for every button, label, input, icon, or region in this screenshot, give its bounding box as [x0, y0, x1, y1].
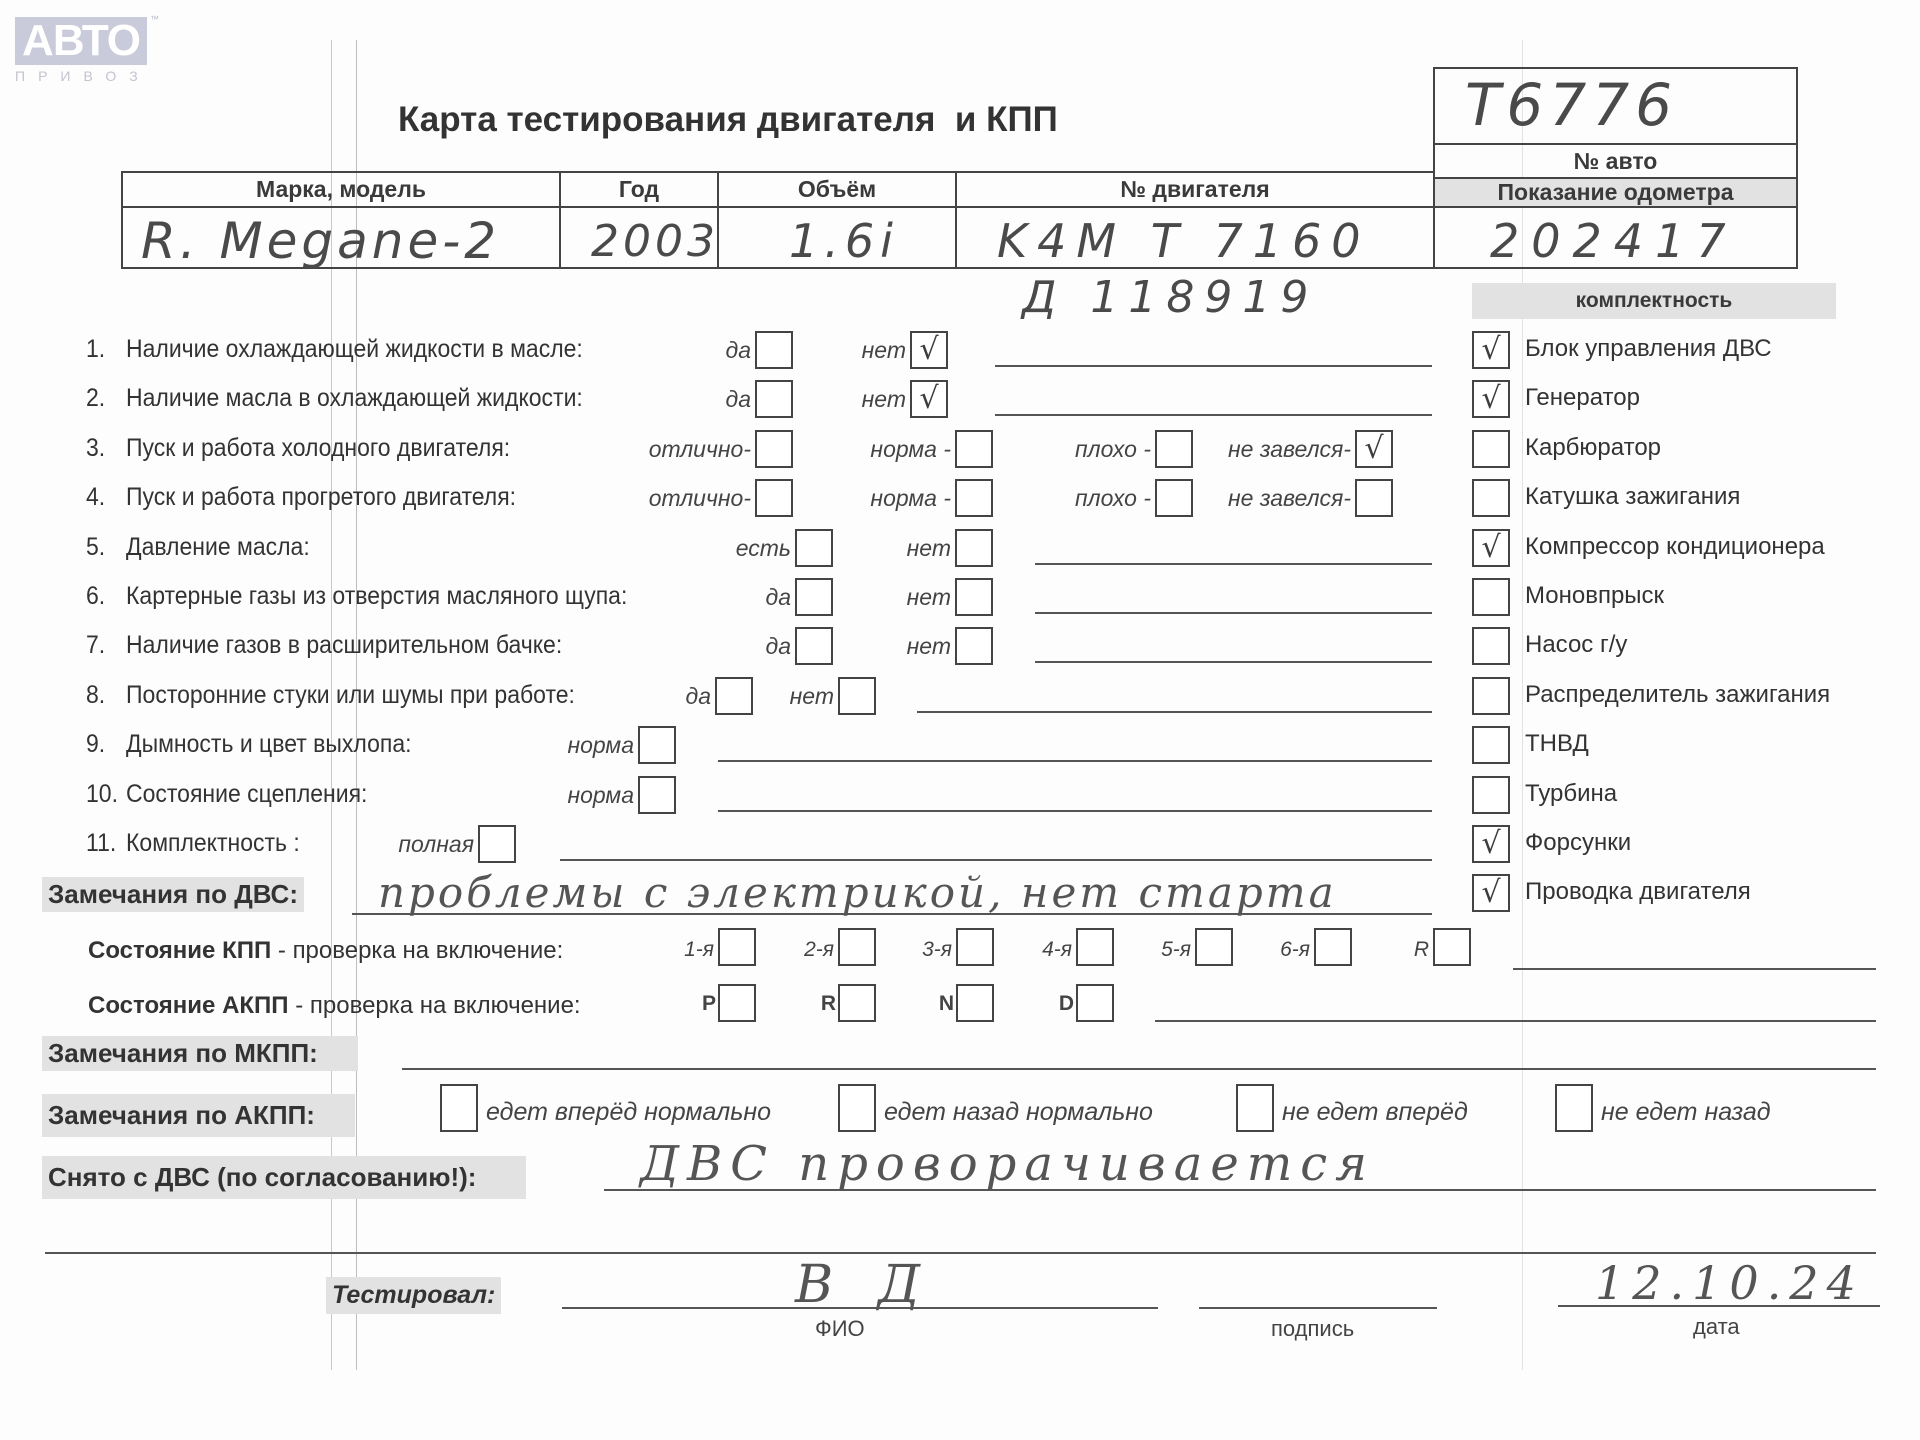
option-checkbox[interactable]	[1355, 479, 1393, 517]
auto-gearbox-label: Состояние АКПП - проверка на включение:	[88, 992, 581, 1020]
kit-item-label: Генератор	[1525, 384, 1640, 412]
option-checkbox[interactable]: √	[910, 380, 948, 418]
gear-label: 2-я	[804, 938, 834, 962]
manual-gearbox-label: Состояние КПП - проверка на включение:	[88, 937, 563, 965]
gear-checkbox[interactable]	[718, 984, 756, 1022]
row-number: 2.	[86, 384, 105, 413]
row-number: 4.	[86, 483, 105, 512]
row-label: Наличие газов в расширительном бачке:	[126, 631, 562, 660]
removed-label: Снято с ДВС (по согласованию!):	[42, 1156, 526, 1199]
header-engine-no: № двигателя	[955, 171, 1435, 208]
option-label: норма	[567, 732, 634, 759]
row-number: 7.	[86, 631, 105, 660]
option-label: да	[685, 683, 711, 710]
row-label: Пуск и работа холодного двигателя:	[126, 434, 510, 463]
akpp-remarks-label: Замечания по АКПП:	[42, 1094, 355, 1137]
option-checkbox[interactable]	[955, 627, 993, 665]
engine-remarks-label: Замечания по ДВС:	[42, 877, 304, 912]
kit-checkbox[interactable]: √	[1472, 825, 1510, 863]
row-comment-line[interactable]	[995, 414, 1432, 416]
gear-label: 1-я	[684, 938, 714, 962]
option-label: отлично-	[649, 485, 751, 512]
row-number: 11.	[86, 829, 116, 858]
akpp-option-checkbox[interactable]	[1236, 1084, 1274, 1132]
tested-by-label: Тестировал:	[326, 1277, 501, 1314]
value-odometer: 202417	[1433, 206, 1798, 269]
option-label: нет	[907, 584, 951, 611]
mkpp-remarks-line[interactable]	[402, 1068, 1876, 1070]
option-checkbox[interactable]	[638, 726, 676, 764]
kit-item-label: Компрессор кондиционера	[1525, 533, 1825, 561]
kit-item-label: Блок управления ДВС	[1525, 335, 1772, 363]
row-comment-line[interactable]	[718, 760, 1432, 762]
kit-checkbox[interactable]	[1472, 430, 1510, 468]
option-label: да	[725, 386, 751, 413]
name-caption: ФИО	[815, 1316, 865, 1342]
option-checkbox[interactable]	[478, 825, 516, 863]
option-label: норма	[567, 782, 634, 809]
option-label: да	[765, 633, 791, 660]
kit-item-label: Карбюратор	[1525, 434, 1661, 462]
option-checkbox[interactable]	[1155, 479, 1193, 517]
car-number-value[interactable]: T6776	[1465, 71, 1678, 139]
date-caption: дата	[1693, 1314, 1740, 1340]
row-number: 3.	[86, 434, 105, 463]
option-label: плохо -	[1075, 436, 1151, 463]
option-checkbox[interactable]	[755, 380, 793, 418]
gear-label: P	[702, 992, 716, 1016]
option-checkbox[interactable]	[755, 331, 793, 369]
row-number: 8.	[86, 681, 105, 710]
gear-label: 6-я	[1280, 938, 1310, 962]
option-checkbox[interactable]: √	[910, 331, 948, 369]
option-label: да	[725, 337, 751, 364]
gear-checkbox[interactable]	[1076, 928, 1114, 966]
option-checkbox[interactable]	[795, 627, 833, 665]
row-comment-line[interactable]	[718, 810, 1432, 812]
gear-label: R	[821, 992, 836, 1016]
auto-gearbox-line	[1155, 1020, 1876, 1022]
row-label: Комплектность :	[126, 829, 300, 858]
option-label: нет	[907, 535, 951, 562]
gear-checkbox[interactable]	[1314, 928, 1352, 966]
akpp-option-checkbox[interactable]	[838, 1084, 876, 1132]
row-number: 5.	[86, 533, 105, 562]
kit-checkbox[interactable]	[1472, 677, 1510, 715]
value-engine-no: K4M T 7160	[955, 206, 1435, 269]
row-label: Картерные газы из отверстия масляного щу…	[126, 582, 627, 611]
option-label: норма -	[870, 436, 951, 463]
option-checkbox[interactable]	[755, 430, 793, 468]
kit-item-label: ТНВД	[1525, 730, 1589, 758]
option-label: нет	[790, 683, 834, 710]
option-checkbox[interactable]	[755, 479, 793, 517]
kit-item-label: Катушка зажигания	[1525, 483, 1740, 511]
akpp-option-label: не едет назад	[1601, 1098, 1771, 1127]
option-label: не завелся-	[1228, 436, 1351, 463]
car-number-box: T6776	[1433, 67, 1798, 145]
gear-checkbox[interactable]	[718, 928, 756, 966]
manual-gearbox-line	[1513, 968, 1876, 970]
option-label: норма -	[870, 485, 951, 512]
option-label: плохо -	[1075, 485, 1151, 512]
row-number: 1.	[86, 335, 105, 364]
row-comment-line[interactable]	[1035, 661, 1432, 663]
row-label: Наличие масла в охлаждающей жидкости:	[126, 384, 583, 413]
kit-checkbox[interactable]: √	[1472, 331, 1510, 369]
option-checkbox[interactable]	[955, 529, 993, 567]
signature-caption: подпись	[1271, 1316, 1354, 1342]
mkpp-remarks-label: Замечания по МКПП:	[42, 1036, 358, 1071]
page-title: Карта тестирования двигателя и КПП	[398, 100, 1058, 140]
row-label: Состояние сцепления:	[126, 780, 367, 809]
kit-checkbox[interactable]	[1472, 726, 1510, 764]
row-label: Дымность и цвет выхлопа:	[126, 730, 412, 759]
option-label: полная	[398, 831, 474, 858]
kit-checkbox[interactable]	[1472, 479, 1510, 517]
kit-checkbox[interactable]: √	[1472, 380, 1510, 418]
removed-value[interactable]: ДВС проворачивается	[640, 1136, 1375, 1192]
kit-checkbox[interactable]	[1472, 578, 1510, 616]
logo-tm: ™	[150, 14, 159, 24]
gear-checkbox[interactable]	[956, 984, 994, 1022]
header-year: Год	[559, 171, 719, 208]
akpp-option-checkbox[interactable]	[1555, 1084, 1593, 1132]
date-value[interactable]: 12.10.24	[1595, 1256, 1864, 1310]
row-number: 6.	[86, 582, 105, 611]
engine-extra-note: Д 118919	[1022, 272, 1318, 323]
row-comment-line[interactable]	[917, 711, 1432, 713]
logo-subtitle: ПРИВОЗ	[15, 68, 151, 84]
gear-label: 4-я	[1042, 938, 1072, 962]
separator-line	[45, 1252, 1876, 1254]
row-comment-line[interactable]	[995, 365, 1432, 367]
value-year: 2003	[559, 206, 719, 269]
option-checkbox[interactable]	[955, 430, 993, 468]
row-number: 10.	[86, 780, 118, 809]
car-number-label: № авто	[1433, 143, 1798, 179]
row-number: 9.	[86, 730, 105, 759]
option-label: отлично-	[649, 436, 751, 463]
gear-checkbox[interactable]	[1195, 928, 1233, 966]
row-comment-line[interactable]	[1035, 563, 1432, 565]
kit-checkbox[interactable]	[1472, 627, 1510, 665]
kit-checkbox[interactable]: √	[1472, 874, 1510, 912]
row-comment-line[interactable]	[1035, 612, 1432, 614]
option-label: нет	[907, 633, 951, 660]
option-checkbox[interactable]	[1155, 430, 1193, 468]
gear-checkbox[interactable]	[838, 984, 876, 1022]
value-volume: 1.6i	[717, 206, 957, 269]
akpp-option-label: едет назад нормально	[884, 1098, 1153, 1127]
gear-checkbox[interactable]	[838, 928, 876, 966]
gear-checkbox[interactable]	[956, 928, 994, 966]
gear-label: R	[1414, 938, 1429, 962]
row-label: Пуск и работа прогретого двигателя:	[126, 483, 516, 512]
header-model: Марка, модель	[121, 171, 561, 208]
kit-checkbox[interactable]	[1472, 776, 1510, 814]
option-label: нет	[862, 386, 906, 413]
gear-checkbox[interactable]	[1433, 928, 1471, 966]
row-comment-line[interactable]	[560, 859, 1432, 861]
logo: АВТО	[15, 17, 147, 65]
kit-checkbox[interactable]: √	[1472, 529, 1510, 567]
tester-name[interactable]: В Д	[795, 1255, 934, 1315]
option-checkbox[interactable]	[955, 479, 993, 517]
row-label: Посторонние стуки или шумы при работе:	[126, 681, 575, 710]
signature-line[interactable]	[1199, 1307, 1437, 1309]
option-label: да	[765, 584, 791, 611]
kit-item-label: Форсунки	[1525, 829, 1631, 857]
gear-label: 3-я	[922, 938, 952, 962]
kit-item-label: Проводка двигателя	[1525, 878, 1751, 906]
gear-label: D	[1059, 992, 1074, 1016]
kit-item-label: Моновпрыск	[1525, 582, 1664, 610]
option-label: не завелся-	[1228, 485, 1351, 512]
value-model: R. Megane-2	[121, 206, 561, 269]
option-checkbox[interactable]	[838, 677, 876, 715]
option-checkbox[interactable]	[955, 578, 993, 616]
kit-item-label: Распределитель зажигания	[1525, 681, 1830, 709]
gear-checkbox[interactable]	[1076, 984, 1114, 1022]
option-checkbox[interactable]	[715, 677, 753, 715]
akpp-option-checkbox[interactable]	[440, 1084, 478, 1132]
row-label: Наличие охлаждающей жидкости в масле:	[126, 335, 583, 364]
akpp-option-label: едет вперёд нормально	[486, 1098, 771, 1127]
engine-remarks-value[interactable]: проблемы с электрикой, нет старта	[378, 868, 1337, 917]
header-odometer: Показание одометра	[1433, 177, 1798, 208]
kit-item-label: Турбина	[1525, 780, 1617, 808]
option-checkbox[interactable]	[795, 529, 833, 567]
kit-item-label: Насос г/у	[1525, 631, 1627, 659]
gear-label: N	[939, 992, 954, 1016]
header-volume: Объём	[717, 171, 957, 208]
option-checkbox[interactable]: √	[1355, 430, 1393, 468]
option-label: нет	[862, 337, 906, 364]
option-checkbox[interactable]	[795, 578, 833, 616]
gear-label: 5-я	[1161, 938, 1191, 962]
option-checkbox[interactable]	[638, 776, 676, 814]
kit-header: комплектность	[1472, 283, 1836, 319]
option-label: есть	[736, 535, 791, 562]
akpp-option-label: не едет вперёд	[1282, 1098, 1468, 1127]
row-label: Давление масла:	[126, 533, 310, 562]
